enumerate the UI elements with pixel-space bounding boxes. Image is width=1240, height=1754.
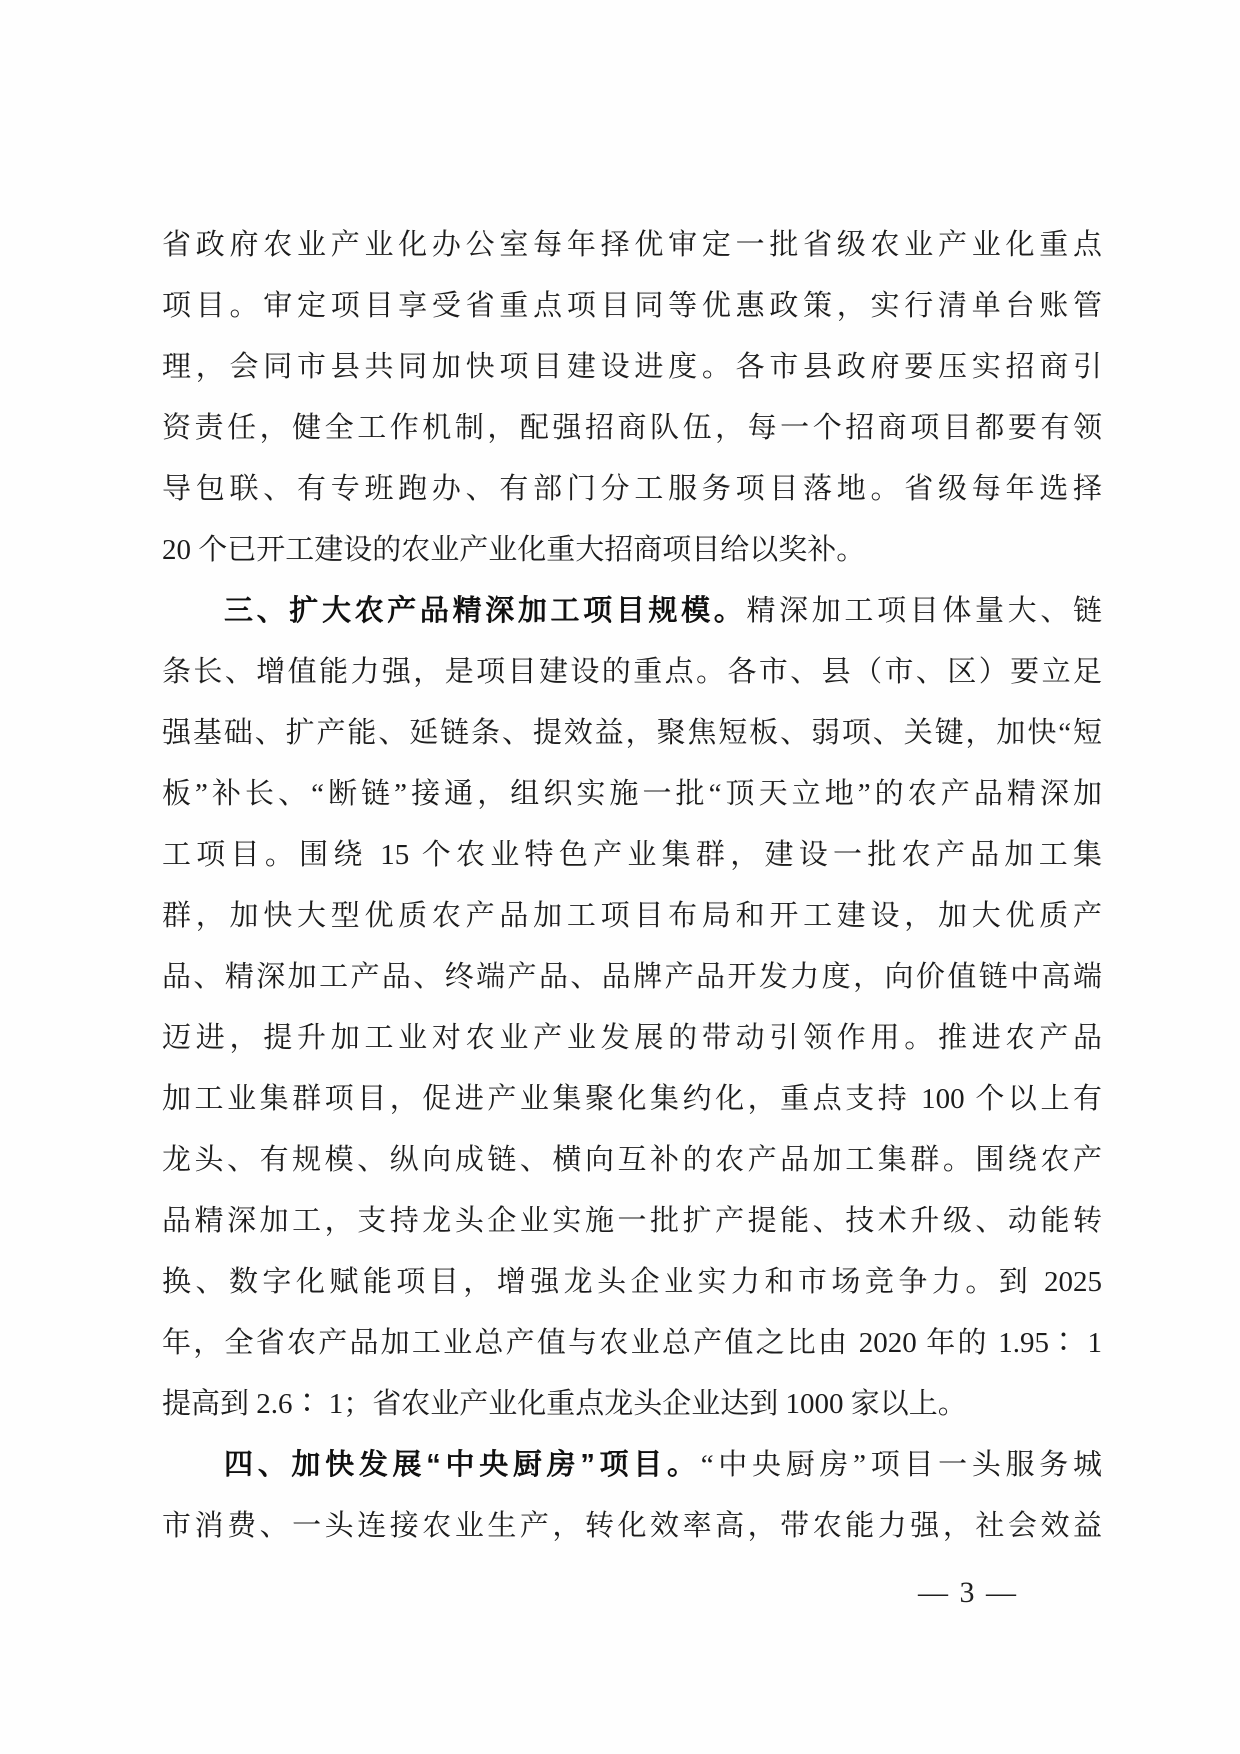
page-number: — 3 — (918, 1576, 1018, 1610)
text-line: 加工业集群项目，促进产业集聚化集约化，重点支持 100 个以上有 (162, 1069, 1102, 1130)
section-heading-4: 四、加快发展“中央厨房”项目。 (224, 1449, 701, 1481)
text-line: 板”补长、“断链”接通，组织实施一批“顶天立地”的农产品精深加 (162, 764, 1102, 825)
text-line: 资责任，健全工作机制，配强招商队伍，每一个招商项目都要有领 (162, 398, 1102, 459)
text-line: 工项目。围绕 15 个农业特色产业集群，建设一批农产品加工集 (162, 825, 1102, 886)
text-line: 迈进，提升加工业对农业产业发展的带动引领作用。推进农产品 (162, 1008, 1102, 1069)
text-line: 项目。审定项目享受省重点项目同等优惠政策，实行清单台账管 (162, 276, 1102, 337)
text-line: 20 个已开工建设的农业产业化重大招商项目给以奖补。 (162, 520, 1102, 581)
text-line: 省政府农业产业化办公室每年择优审定一批省级农业产业化重点 (162, 215, 1102, 276)
section-heading-3: 三、扩大农产品精深加工项目规模。 (224, 595, 746, 627)
text-line: 三、扩大农产品精深加工项目规模。精深加工项目体量大、链 (162, 581, 1102, 642)
text-line: 理，会同市县共同加快项目建设进度。各市县政府要压实招商引 (162, 337, 1102, 398)
text-line: 年，全省农产品加工业总产值与农业总产值之比由 2020 年的 1.95∶ 1 (162, 1313, 1102, 1374)
document-body: 省政府农业产业化办公室每年择优审定一批省级农业产业化重点 项目。审定项目享受省重… (162, 215, 1102, 1557)
text-line: 群，加快大型优质农产品加工项目布局和开工建设，加大优质产 (162, 886, 1102, 947)
text-line: 提高到 2.6∶ 1；省农业产业化重点龙头企业达到 1000 家以上。 (162, 1374, 1102, 1435)
text-run: “中央厨房”项目一头服务城 (701, 1449, 1102, 1481)
text-line: 强基础、扩产能、延链条、提效益，聚焦短板、弱项、关键，加快“短 (162, 703, 1102, 764)
text-line: 品精深加工，支持龙头企业实施一批扩产提能、技术升级、动能转 (162, 1191, 1102, 1252)
text-line: 品、精深加工产品、终端产品、品牌产品开发力度，向价值链中高端 (162, 947, 1102, 1008)
text-line: 市消费、一头连接农业生产，转化效率高，带农能力强，社会效益 (162, 1496, 1102, 1557)
document-page: 省政府农业产业化办公室每年择优审定一批省级农业产业化重点 项目。审定项目享受省重… (0, 0, 1240, 1754)
text-line: 换、数字化赋能项目，增强龙头企业实力和市场竞争力。到 2025 (162, 1252, 1102, 1313)
text-run: 精深加工项目体量大、链 (746, 595, 1102, 627)
text-line: 四、加快发展“中央厨房”项目。“中央厨房”项目一头服务城 (162, 1435, 1102, 1496)
text-line: 导包联、有专班跑办、有部门分工服务项目落地。省级每年选择 (162, 459, 1102, 520)
text-line: 龙头、有规模、纵向成链、横向互补的农产品加工集群。围绕农产 (162, 1130, 1102, 1191)
text-line: 条长、增值能力强，是项目建设的重点。各市、县（市、区）要立足 (162, 642, 1102, 703)
